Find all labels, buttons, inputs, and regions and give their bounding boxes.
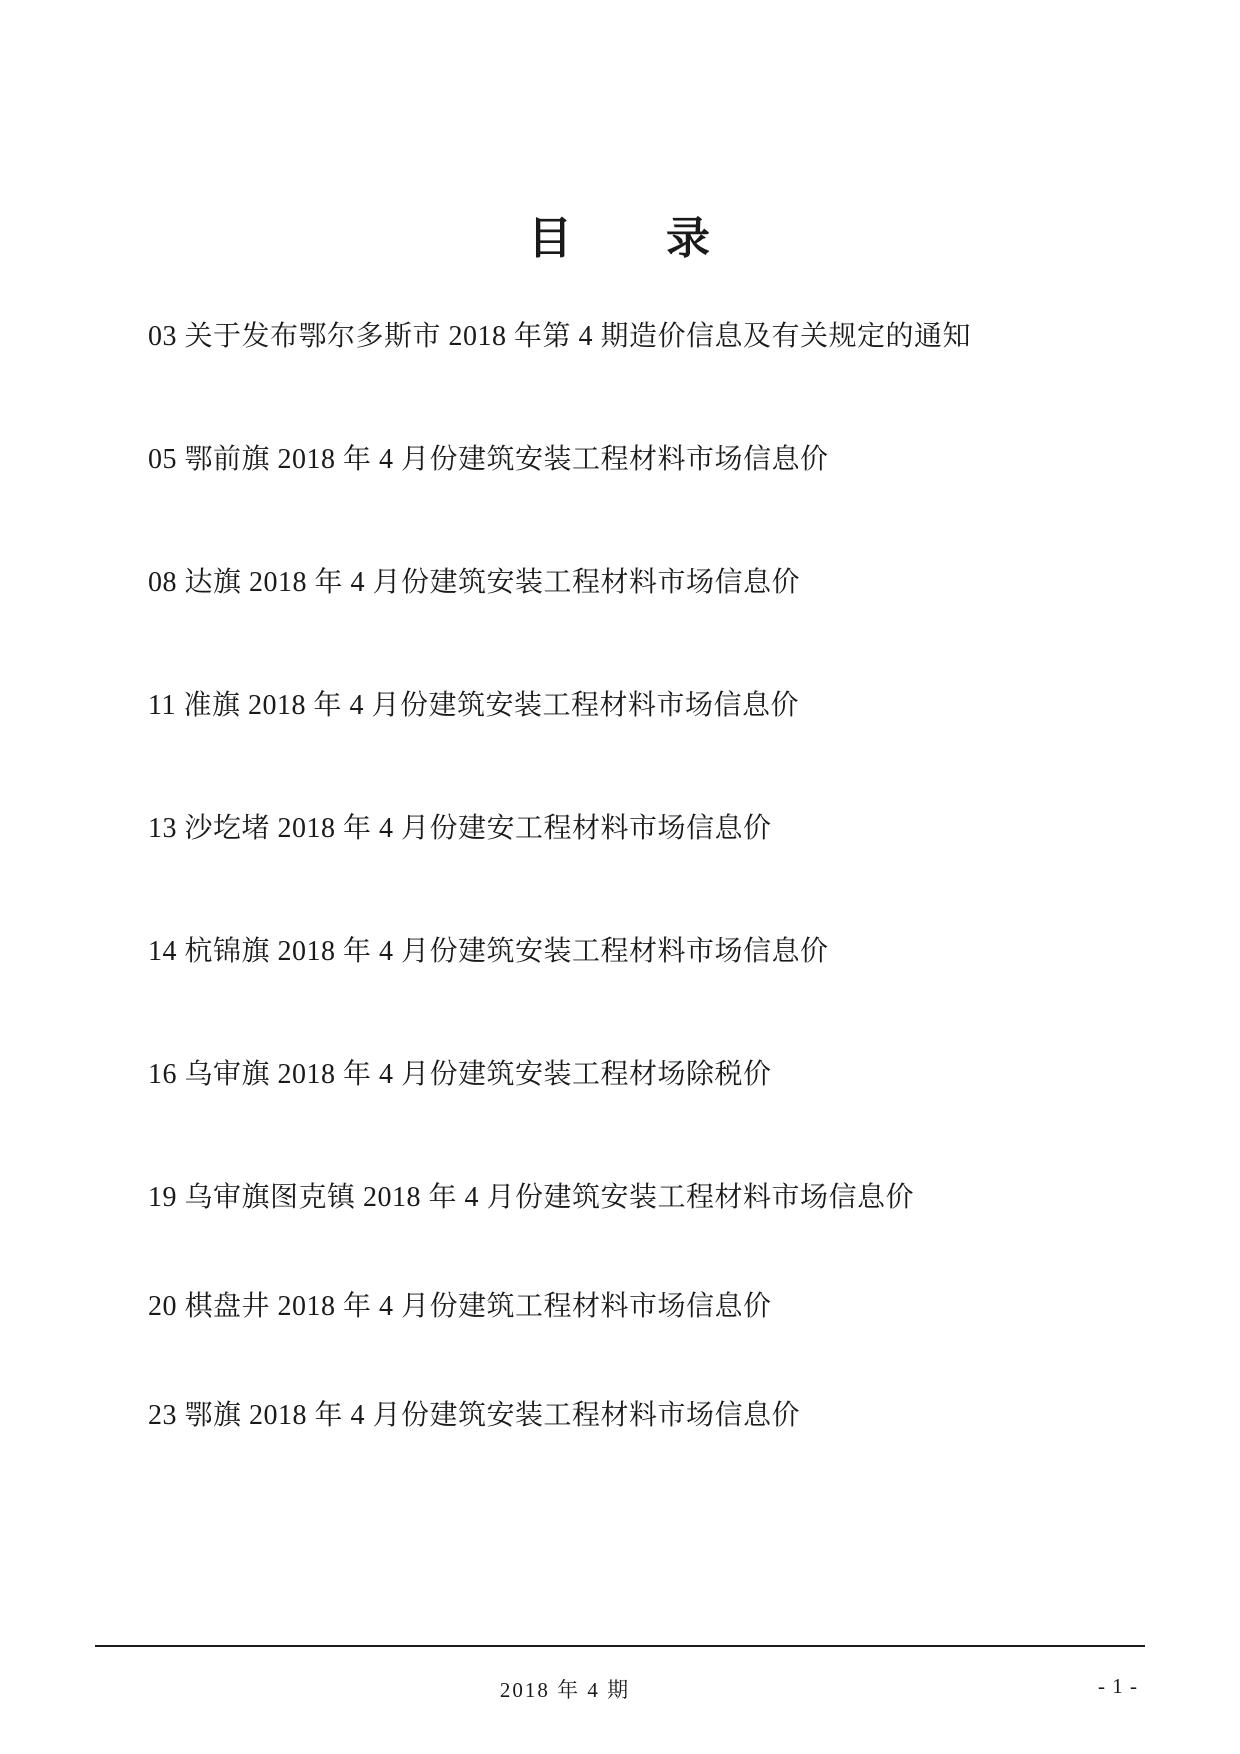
footer-issue-label: 2018 年 4 期	[0, 1674, 1130, 1704]
footer-page-number: - 1 -	[1098, 1674, 1138, 1699]
toc-entry: 16 乌审旗 2018 年 4 月份建筑安装工程材场除税价	[148, 1058, 1140, 1091]
toc-entry: 13 沙圪堵 2018 年 4 月份建安工程材料市场信息价	[148, 812, 1140, 845]
document-page: 目 录 03 关于发布鄂尔多斯市 2018 年第 4 期造价信息及有关规定的通知…	[0, 0, 1240, 1754]
page-title: 目 录	[0, 202, 1240, 266]
toc-entry: 05 鄂前旗 2018 年 4 月份建筑安装工程材料市场信息价	[148, 443, 1140, 476]
toc-entry: 19 乌审旗图克镇 2018 年 4 月份建筑安装工程材料市场信息价	[148, 1181, 1140, 1214]
toc-entry: 23 鄂旗 2018 年 4 月份建筑安装工程材料市场信息价	[148, 1399, 1140, 1432]
toc-entry: 11 准旗 2018 年 4 月份建筑安装工程材料市场信息价	[148, 689, 1140, 722]
toc-entry: 20 棋盘井 2018 年 4 月份建筑工程材料市场信息价	[148, 1290, 1140, 1323]
toc-entry: 03 关于发布鄂尔多斯市 2018 年第 4 期造价信息及有关规定的通知	[148, 320, 1140, 353]
toc-entry: 14 杭锦旗 2018 年 4 月份建筑安装工程材料市场信息价	[148, 935, 1140, 968]
footer-divider	[95, 1645, 1145, 1647]
toc-entry-list: 03 关于发布鄂尔多斯市 2018 年第 4 期造价信息及有关规定的通知 05 …	[148, 320, 1140, 1522]
toc-entry: 08 达旗 2018 年 4 月份建筑安装工程材料市场信息价	[148, 566, 1140, 599]
